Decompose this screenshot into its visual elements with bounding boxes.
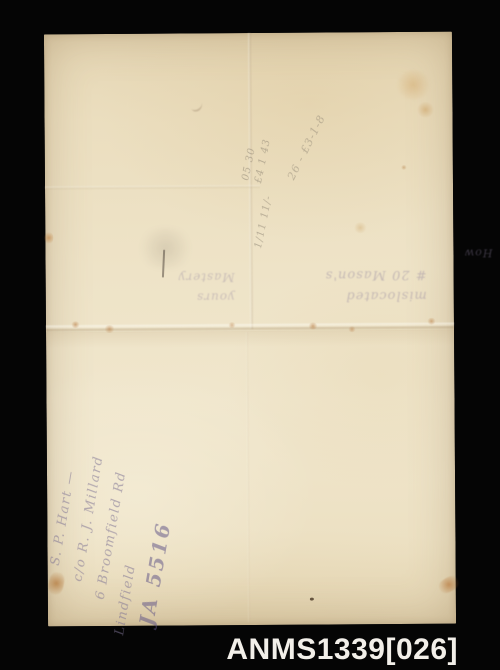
handwritten-note-left: yours Mastery — [135, 267, 235, 308]
note-line: # 20 Mason's — [277, 264, 427, 286]
foxing-spot — [401, 165, 407, 170]
figures-line: 1/11 11/- — [252, 130, 289, 250]
vertical-fold-crease-lower — [246, 332, 250, 622]
foxing-spot — [71, 321, 80, 328]
note-line: Mastery — [135, 267, 235, 288]
vertical-fold-crease-upper — [248, 33, 253, 329]
stain-left-edge — [44, 231, 53, 244]
catalog-number-caption: ANMS1339[026] — [226, 633, 458, 667]
fold-shadow-band — [46, 330, 454, 349]
ink-speck-bottom — [310, 598, 314, 601]
horizontal-crease-faint — [45, 185, 260, 190]
rust-mark-bottom-left — [47, 571, 66, 596]
handwritten-note-right: mislocated # 20 Mason's How — [276, 243, 426, 307]
handwritten-sum-diagonal: 26 - £3-1-8 — [285, 76, 347, 182]
note-line: yours — [135, 287, 235, 308]
foxing-spot — [308, 323, 318, 330]
address-line: 6 Broomfield Rd — [88, 380, 149, 601]
paper-document: 05 30 £4 1 43 1/11 11/- 26 - £3-1-8 your… — [44, 32, 456, 627]
stain-middle — [353, 222, 367, 233]
rust-mark-bottom-right — [437, 574, 461, 596]
horizontal-fold-crease-main — [46, 323, 454, 333]
figures-line: £4 1 43 — [252, 64, 289, 184]
handwritten-figures: 05 30 £4 1 43 1/11 11/- — [239, 62, 301, 187]
photo-frame: 05 30 £4 1 43 1/11 11/- 26 - £3-1-8 your… — [0, 0, 500, 670]
handwritten-phone-number: JA 5516 — [134, 407, 195, 628]
pencil-streak — [162, 250, 165, 278]
foxing-spot — [348, 326, 356, 332]
stain-right-large — [394, 70, 432, 100]
faint-pencil-squiggle — [189, 98, 204, 113]
address-line: S. P. Hart — — [43, 347, 104, 568]
address-line: c/o R. J. Millard — [66, 363, 127, 584]
pencil-smudge — [135, 227, 195, 269]
address-line: Lindfield — [107, 416, 168, 637]
foxing-spot — [427, 318, 436, 325]
note-line: mislocated — [277, 285, 427, 307]
figures-line: 05 30 — [239, 62, 276, 182]
foxing-spot — [104, 325, 115, 333]
note-line: How — [342, 242, 492, 264]
foxing-spot — [228, 322, 236, 328]
stain-right-small — [416, 102, 434, 118]
handwritten-address: S. P. Hart — c/o R. J. Millard 6 Broomfi… — [43, 347, 203, 585]
